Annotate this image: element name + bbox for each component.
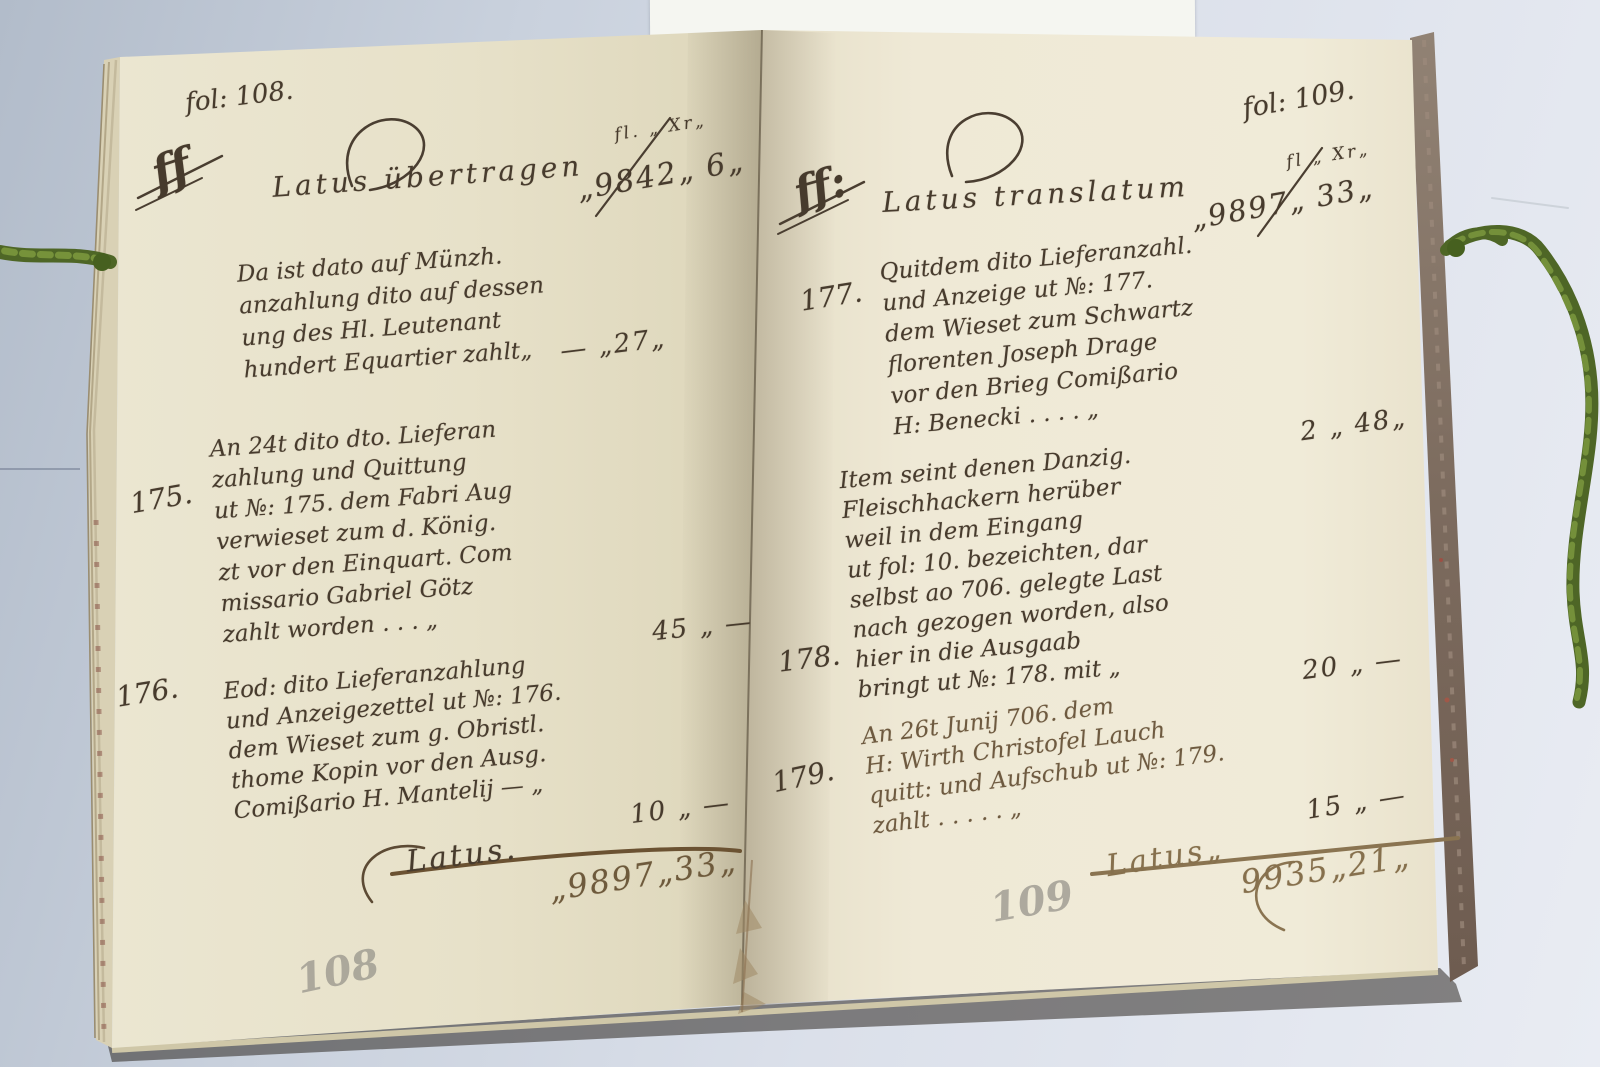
cover-red-spot-2 (1450, 758, 1454, 762)
ribbon-right (1446, 198, 1592, 702)
left-page (112, 30, 762, 1048)
right-page (742, 30, 1438, 1005)
ledger-book-illustration (0, 0, 1600, 1067)
manuscript-photo: fol: 108. ff Latus übertragen fl. „ Xr„ … (0, 0, 1600, 1067)
cover-red-spot-3 (1439, 558, 1443, 562)
cover-red-spot-1 (1445, 698, 1450, 703)
